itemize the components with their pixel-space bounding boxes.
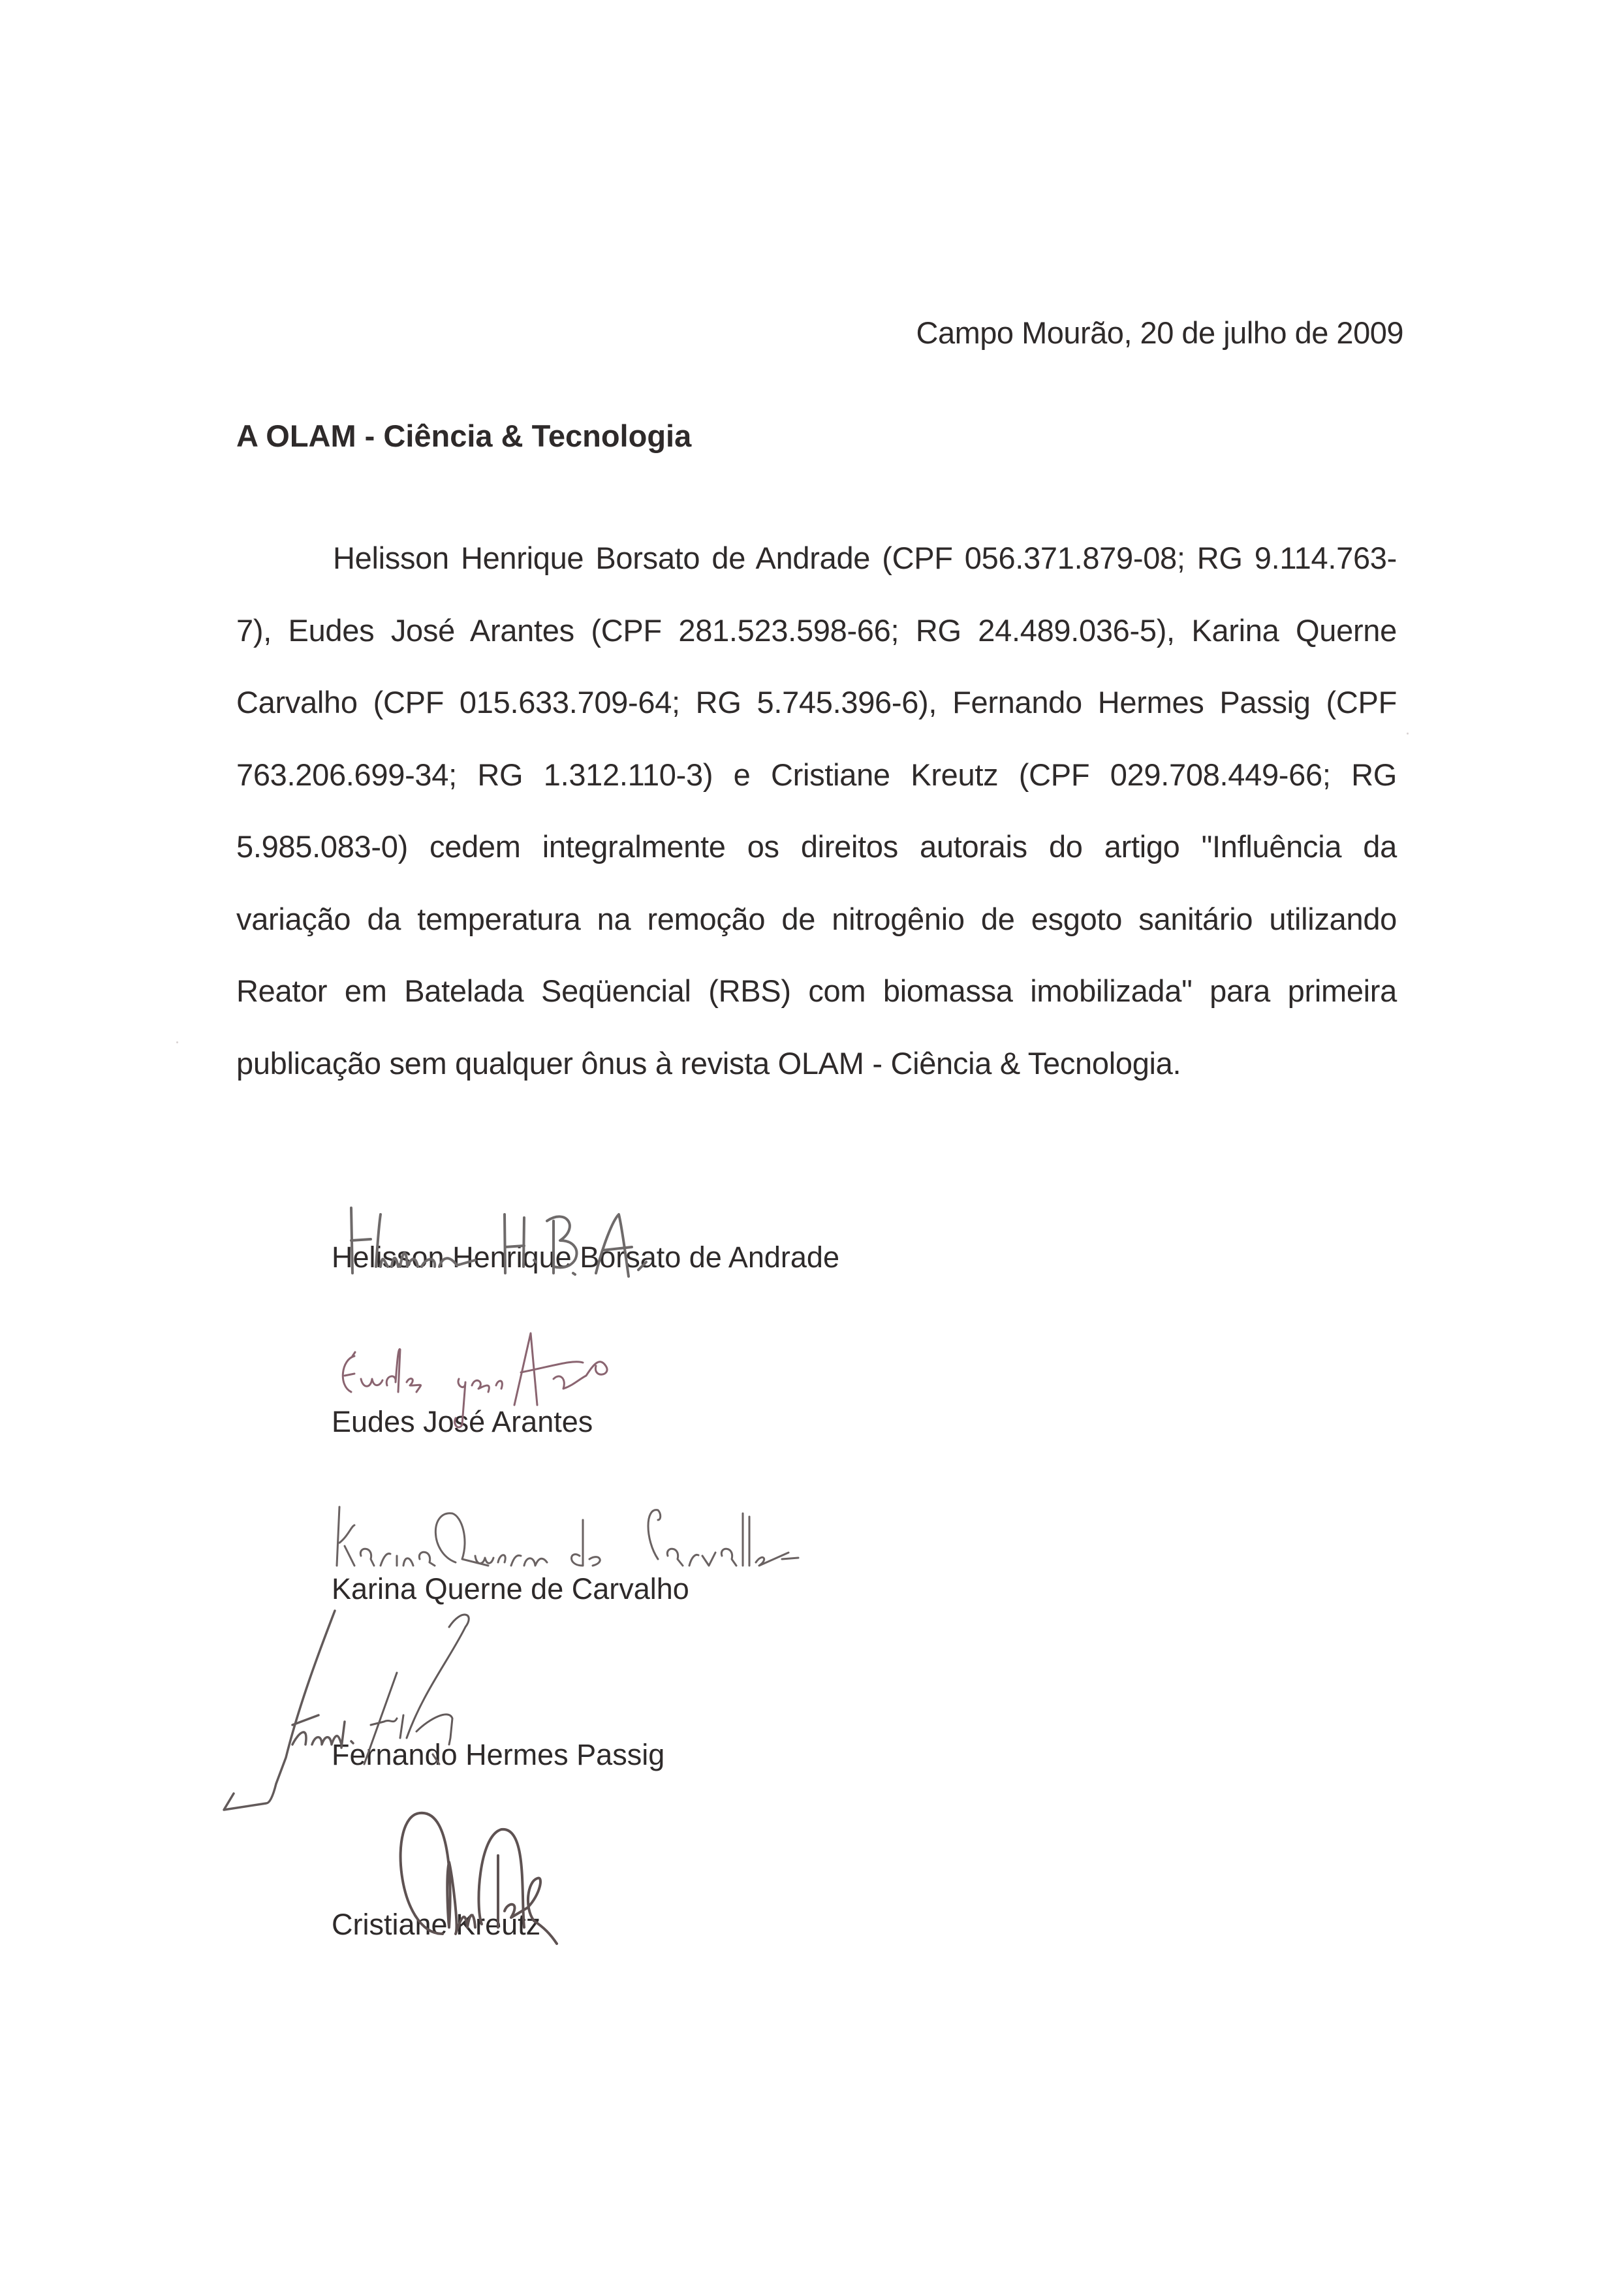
signature-block-4: Fernando Hermes Passig xyxy=(332,1738,664,1772)
recipient-heading: A OLAM - Ciência & Tecnologia xyxy=(236,418,691,454)
signature-block-3: Karina Querne de Carvalho xyxy=(332,1572,689,1606)
letter-page: Campo Mourão, 20 de julho de 2009 A OLAM… xyxy=(0,0,1624,2291)
signatory-name-4: Fernando Hermes Passig xyxy=(332,1738,664,1772)
signature-block-1: Helisson Henrique Borsato de Andrade xyxy=(332,1240,839,1274)
signatory-name-2: Eudes José Arantes xyxy=(332,1405,593,1439)
handwritten-signature-4 xyxy=(208,1607,612,1823)
signatory-name-1: Helisson Henrique Borsato de Andrade xyxy=(332,1240,839,1274)
signature-block-5: Cristiane Kreutz xyxy=(332,1908,540,1942)
scan-speck xyxy=(1407,733,1409,735)
signature-block-2: Eudes José Arantes xyxy=(332,1405,593,1439)
dateline: Campo Mourão, 20 de julho de 2009 xyxy=(916,315,1403,351)
scan-speck xyxy=(176,1041,178,1043)
signatory-name-3: Karina Querne de Carvalho xyxy=(332,1572,689,1606)
signatory-name-5: Cristiane Kreutz xyxy=(332,1908,540,1942)
body-paragraph: Helisson Henrique Borsato de Andrade (CP… xyxy=(236,522,1397,1099)
